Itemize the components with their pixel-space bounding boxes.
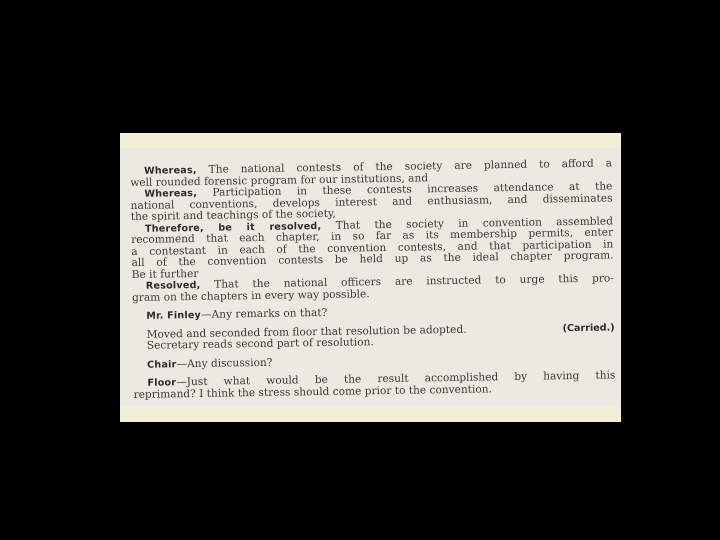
scanned-page: Whereas, The national contests of the so… bbox=[120, 148, 621, 407]
resolved-lead: Resolved, bbox=[146, 280, 201, 292]
whereas-lead-1: Whereas, bbox=[144, 165, 197, 177]
page-text: Whereas, The national contests of the so… bbox=[130, 158, 616, 401]
carried-note: (Carried.) bbox=[562, 322, 614, 334]
speaker-floor: Floor bbox=[147, 377, 176, 388]
scanned-page-frame: Whereas, The national contests of the so… bbox=[120, 133, 621, 422]
speaker-finley: Mr. Finley bbox=[146, 310, 201, 322]
whereas-lead-2: Whereas, bbox=[144, 188, 197, 200]
speaker-chair: Chair bbox=[147, 359, 177, 370]
